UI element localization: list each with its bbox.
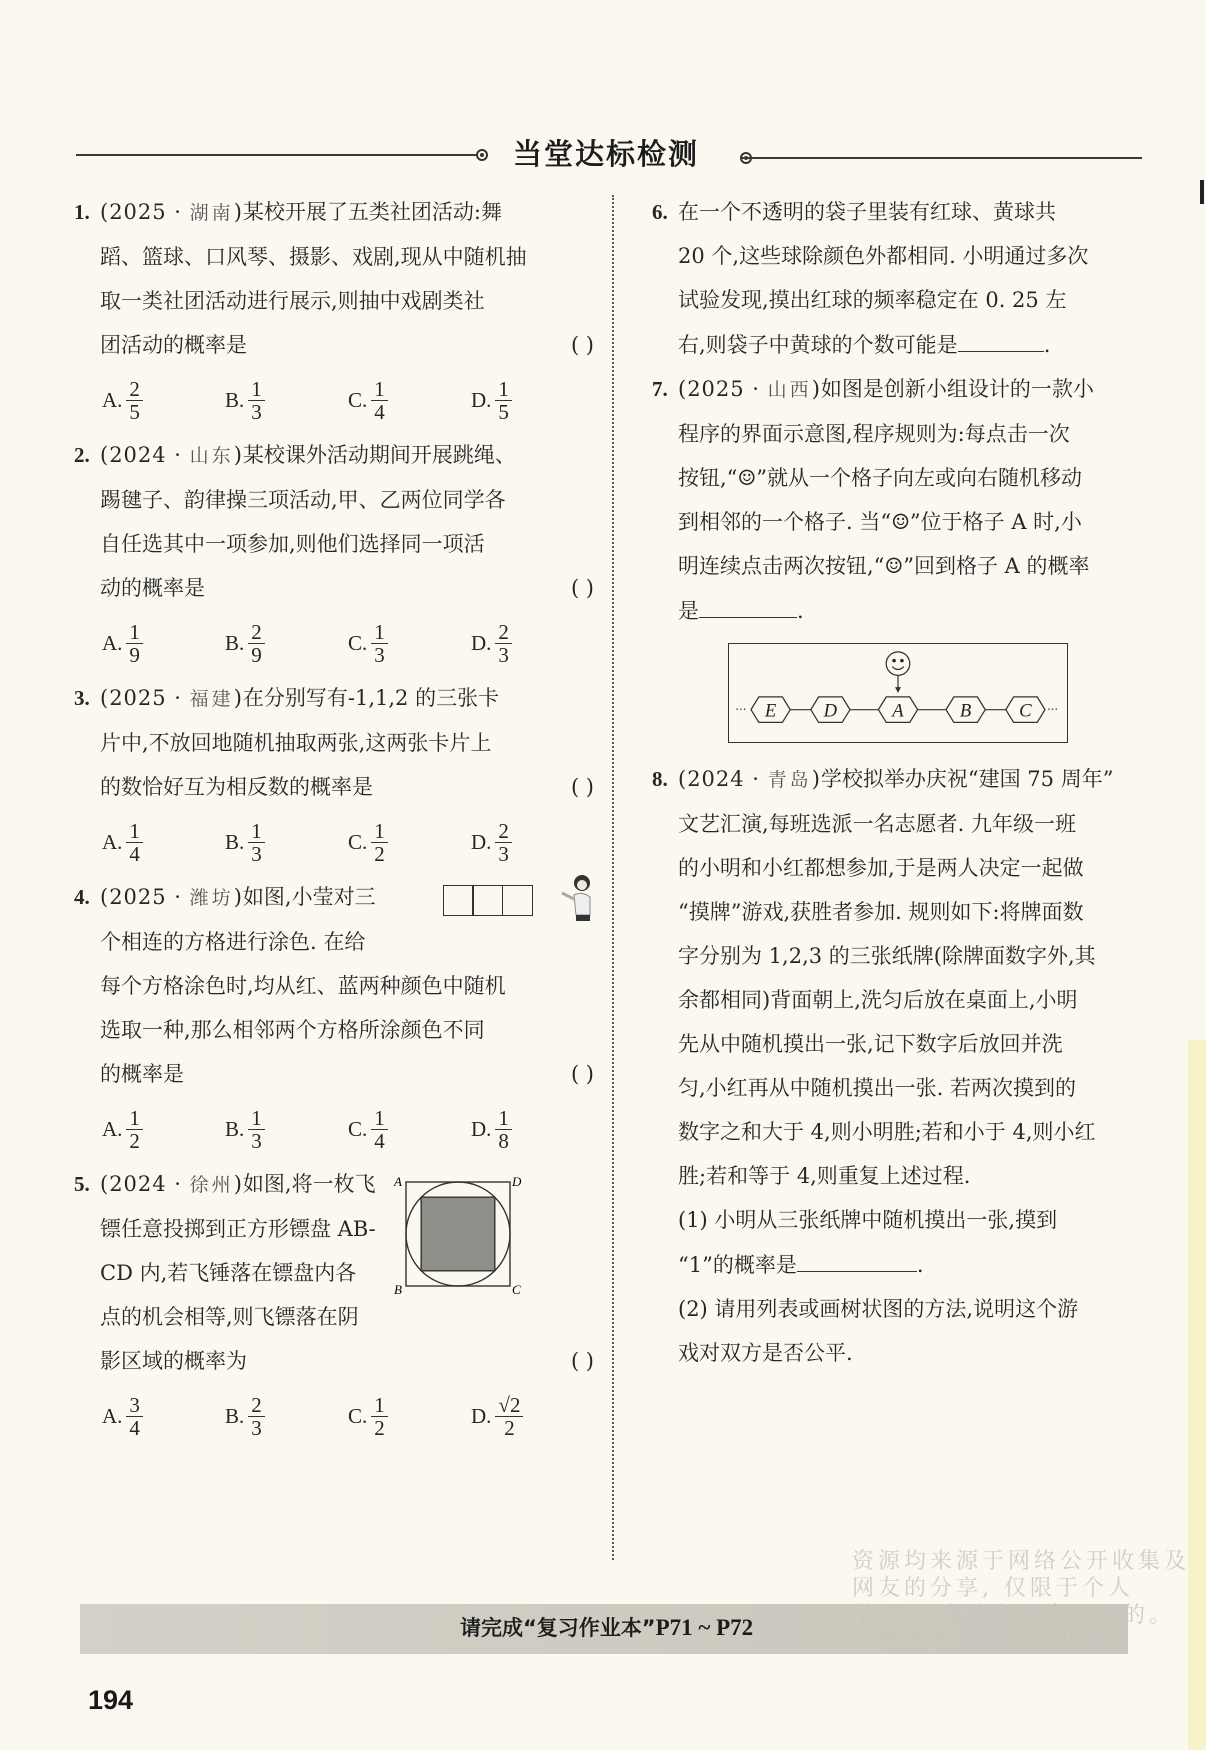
question-source: (2024 · 徐州)	[100, 1172, 243, 1196]
dartboard-square-figure: A D B C	[392, 1170, 522, 1300]
section-header: 当堂达标检测	[76, 132, 1142, 172]
question-source: (2025 · 湖南)	[100, 200, 243, 224]
question-source: (2024 · 青岛)	[678, 767, 821, 791]
question-source: (2024 · 山东)	[100, 443, 243, 467]
question-8: 8. (2024 · 青岛)学校拟举办庆祝“建国 75 周年” 文艺汇演,每班选…	[652, 757, 1144, 1375]
option-c[interactable]: C.12	[348, 820, 471, 865]
question-number: 8.	[652, 757, 668, 801]
answer-options: A.12 B.13 C.14 D.18	[74, 1096, 594, 1162]
question-source: (2025 · 山西)	[678, 377, 821, 401]
svg-text:D: D	[823, 701, 838, 722]
student-illustration-icon	[556, 871, 600, 927]
sub-question-1: (1) 小明从三张纸牌中随机摸出一张,摸到	[678, 1198, 1144, 1242]
answer-options: A.34 B.23 C.12 D.√22	[74, 1383, 594, 1449]
question-number: 6.	[652, 190, 668, 234]
svg-text:···: ···	[1047, 703, 1058, 717]
page-number: 194	[88, 1685, 133, 1716]
question-4: 4. (2025 · 潍坊)如图,小莹对三 个相连的方格进行涂色. 在给 每个方…	[74, 875, 594, 1162]
question-7: 7. (2025 · 山西)如图是创新小组设计的一款小 程序的界面示意图,程序规…	[652, 367, 1144, 743]
right-column: 6. 在一个不透明的袋子里装有红球、黄球共 20 个,这些球除颜色外都相同. 小…	[652, 190, 1144, 1375]
question-number: 5.	[74, 1162, 90, 1206]
answer-options: A.14 B.13 C.12 D.23	[74, 809, 594, 875]
option-d[interactable]: D.18	[471, 1107, 594, 1152]
page-edge-strip	[1188, 1040, 1206, 1750]
question-5: 5. A D B C (2024 · 徐州)如图,将一枚飞 镖任意投掷到正方形镖…	[74, 1162, 594, 1449]
question-number: 4.	[74, 875, 90, 919]
option-c[interactable]: C.13	[348, 621, 471, 666]
sub-question-2: (2) 请用列表或画树状图的方法,说明这个游	[678, 1287, 1144, 1331]
option-d[interactable]: D.23	[471, 820, 594, 865]
option-d[interactable]: D.√22	[471, 1394, 594, 1439]
svg-text:···: ···	[735, 703, 746, 717]
option-b[interactable]: B.13	[225, 378, 348, 423]
question-number: 3.	[74, 676, 90, 720]
answer-parentheses[interactable]: ( )	[571, 1052, 594, 1096]
answer-blank[interactable]	[699, 588, 797, 618]
option-c[interactable]: C.12	[348, 1394, 471, 1439]
answer-parentheses[interactable]: ( )	[571, 566, 594, 610]
answer-parentheses[interactable]: ( )	[571, 1339, 594, 1383]
answer-parentheses[interactable]: ( )	[571, 323, 594, 367]
answer-blank[interactable]	[958, 322, 1044, 352]
option-a[interactable]: A.14	[102, 820, 225, 865]
svg-text:B: B	[960, 701, 971, 722]
option-a[interactable]: A.25	[102, 378, 225, 423]
hexagon-path-figure: E D A B C ··· ···	[728, 643, 1068, 743]
ring-ornament-icon	[476, 149, 488, 161]
svg-text:A: A	[890, 701, 904, 722]
question-2: 2. (2024 · 山东)某校课外活动期间开展跳绳、 踢毽子、韵律操三项活动,…	[74, 433, 594, 676]
column-divider	[612, 195, 614, 1560]
option-d[interactable]: D.23	[471, 621, 594, 666]
smiley-icon	[886, 652, 910, 676]
header-rule-left	[76, 154, 476, 156]
option-b[interactable]: B.23	[225, 1394, 348, 1439]
answer-options: A.19 B.29 C.13 D.23	[74, 610, 594, 676]
question-source: (2025 · 福建)	[100, 686, 243, 710]
answer-options: A.25 B.13 C.14 D.15	[74, 367, 594, 433]
option-c[interactable]: C.14	[348, 1107, 471, 1152]
homework-reminder: 请完成“复习作业本”P71 ~ P72	[460, 1612, 753, 1642]
option-a[interactable]: A.12	[102, 1107, 225, 1152]
svg-text:B: B	[394, 1282, 402, 1297]
three-squares-figure	[444, 885, 533, 916]
svg-text:E: E	[764, 701, 777, 722]
option-a[interactable]: A.19	[102, 621, 225, 666]
svg-text:C: C	[512, 1282, 521, 1297]
question-number: 2.	[74, 433, 90, 477]
watermark-text: 资源均来源于网络公开收集及 网友的分享, 仅限于个人 学习、 交流和研究之目的。…	[852, 1548, 1190, 1656]
option-a[interactable]: A.34	[102, 1394, 225, 1439]
answer-parentheses[interactable]: ( )	[571, 765, 594, 809]
option-d[interactable]: D.15	[471, 378, 594, 423]
section-title: 当堂达标检测	[513, 132, 699, 173]
option-b[interactable]: B.13	[225, 1107, 348, 1152]
answer-blank[interactable]	[797, 1242, 917, 1272]
question-1: 1. (2025 · 湖南)某校开展了五类社团活动:舞 蹈、篮球、口风琴、摄影、…	[74, 190, 594, 433]
question-6: 6. 在一个不透明的袋子里装有红球、黄球共 20 个,这些球除颜色外都相同. 小…	[652, 190, 1144, 367]
svg-text:A: A	[393, 1174, 402, 1189]
left-column: 1. (2025 · 湖南)某校开展了五类社团活动:舞 蹈、篮球、口风琴、摄影、…	[74, 190, 594, 1449]
option-b[interactable]: B.13	[225, 820, 348, 865]
option-c[interactable]: C.14	[348, 378, 471, 423]
question-number: 7.	[652, 367, 668, 411]
svg-text:C: C	[1019, 701, 1032, 722]
question-number: 1.	[74, 190, 90, 234]
question-3: 3. (2025 · 福建)在分别写有-1,1,2 的三张卡 片中,不放回地随机…	[74, 676, 594, 875]
page-edge-mark	[1200, 180, 1204, 204]
svg-text:D: D	[511, 1174, 522, 1189]
header-rule-right	[742, 157, 1142, 159]
question-source: (2025 · 潍坊)	[100, 885, 243, 909]
option-b[interactable]: B.29	[225, 621, 348, 666]
